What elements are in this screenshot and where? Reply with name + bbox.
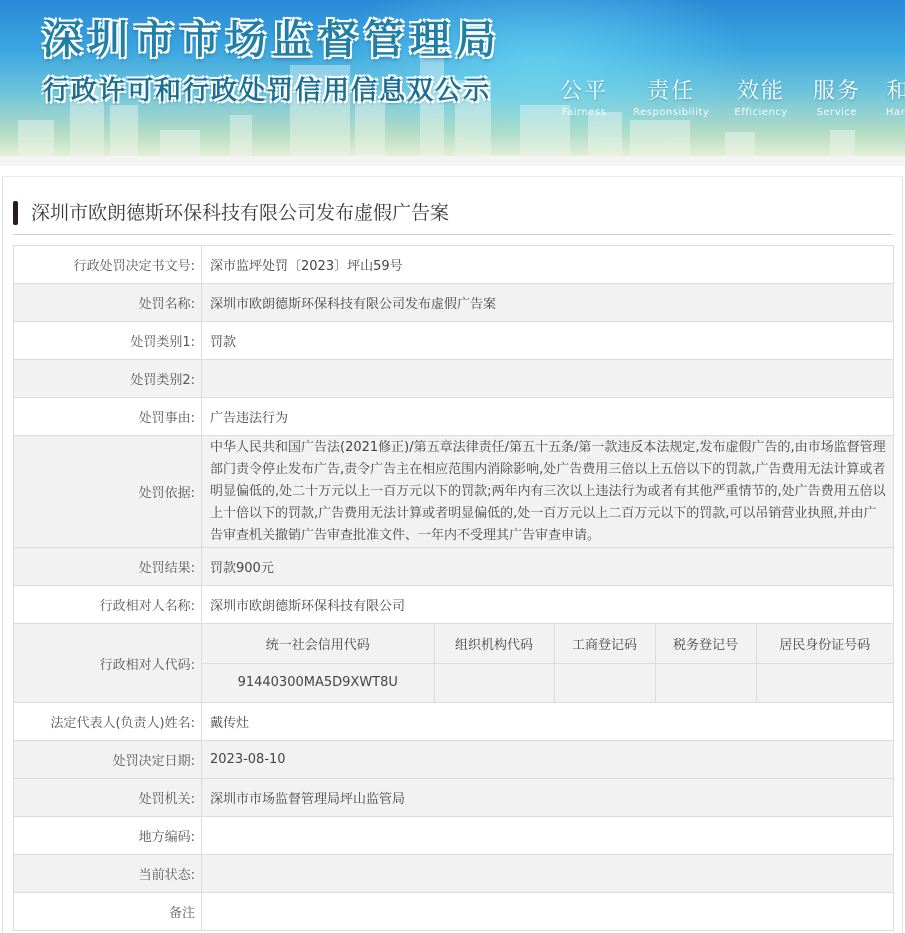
- code-header-id: 居民身份证号码: [756, 624, 893, 663]
- slogan-cn: 效能: [734, 74, 787, 105]
- slogan-en: Harmony: [886, 107, 905, 118]
- field-value: 中华人民共和国广告法(2021修正)/第五章法律责任/第五十五条/第一款违反本法…: [202, 436, 894, 548]
- slogan-cn: 公平: [560, 74, 608, 105]
- field-value: 深圳市市场监督管理局坪山监管局: [202, 779, 894, 817]
- table-row-local-code: 地方编码:: [14, 817, 894, 855]
- slogan-harmony: 和谐 Harmony: [886, 74, 905, 118]
- field-label: 当前状态:: [14, 855, 202, 893]
- code-value-credit: 91440300MA5D9XWT8U: [202, 663, 434, 702]
- field-value: 罚款900元: [202, 548, 894, 586]
- field-label: 处罚机关:: [14, 779, 202, 817]
- table-row-penalty-name: 处罚名称: 深圳市欧朗德斯环保科技有限公司发布虚假广告案: [14, 284, 894, 322]
- field-label: 地方编码:: [14, 817, 202, 855]
- field-value: 统一社会信用代码 组织机构代码 工商登记码 税务登记号 居民身份证号码 9144…: [202, 624, 894, 703]
- field-value: 广告违法行为: [202, 398, 894, 436]
- title-marker-bar: [13, 201, 18, 225]
- table-row-party-name: 行政相对人名称: 深圳市欧朗德斯环保科技有限公司: [14, 586, 894, 624]
- table-row-reason: 处罚事由: 广告违法行为: [14, 398, 894, 436]
- code-value-business: [554, 663, 655, 702]
- slogan-efficiency: 效能 Efficiency: [734, 74, 787, 118]
- slogan-fairness: 公平 Fairness: [560, 74, 608, 118]
- table-row-result: 处罚结果: 罚款900元: [14, 548, 894, 586]
- field-label: 备注: [14, 893, 202, 931]
- table-row-authority: 处罚机关: 深圳市市场监督管理局坪山监管局: [14, 779, 894, 817]
- field-label: 行政相对人名称:: [14, 586, 202, 624]
- slogan-en: Efficiency: [734, 107, 787, 118]
- field-label: 处罚类别1:: [14, 322, 202, 360]
- slogan-responsibility: 责任 Responsibility: [633, 74, 709, 118]
- field-value: [202, 817, 894, 855]
- code-header-tax: 税务登记号: [655, 624, 756, 663]
- table-row-status: 当前状态:: [14, 855, 894, 893]
- table-row-decision-no: 行政处罚决定书文号: 深市监坪处罚〔2023〕坪山59号: [14, 246, 894, 284]
- field-label: 处罚名称:: [14, 284, 202, 322]
- field-value: 戴传灶: [202, 703, 894, 741]
- table-row-category2: 处罚类别2:: [14, 360, 894, 398]
- codes-value-row: 91440300MA5D9XWT8U: [202, 663, 893, 702]
- site-subtitle: 行政许可和行政处罚信用信息双公示: [43, 70, 491, 107]
- code-value-id: [756, 663, 893, 702]
- slogan-cn: 和谐: [886, 74, 905, 105]
- slogan-service: 服务 Service: [813, 74, 861, 118]
- field-label: 法定代表人(负责人)姓名:: [14, 703, 202, 741]
- code-value-org: [434, 663, 554, 702]
- slogan-cn: 服务: [813, 74, 861, 105]
- code-header-business: 工商登记码: [554, 624, 655, 663]
- field-label: 处罚依据:: [14, 436, 202, 548]
- banner-bottom-band: [0, 156, 905, 166]
- table-row-legal-rep: 法定代表人(负责人)姓名: 戴传灶: [14, 703, 894, 741]
- table-row-basis: 处罚依据: 中华人民共和国广告法(2021修正)/第五章法律责任/第五十五条/第…: [14, 436, 894, 548]
- codes-header-row: 统一社会信用代码 组织机构代码 工商登记码 税务登记号 居民身份证号码: [202, 624, 893, 663]
- field-label: 处罚事由:: [14, 398, 202, 436]
- field-value: [202, 855, 894, 893]
- field-label: 处罚结果:: [14, 548, 202, 586]
- field-label: 行政处罚决定书文号:: [14, 246, 202, 284]
- party-codes-table: 统一社会信用代码 组织机构代码 工商登记码 税务登记号 居民身份证号码 9144…: [202, 624, 893, 702]
- table-row-category1: 处罚类别1: 罚款: [14, 322, 894, 360]
- slogan-en: Responsibility: [633, 107, 709, 118]
- table-row-party-codes: 行政相对人代码: 统一社会信用代码 组织机构代码 工商登记码 税务登记号 居民身…: [14, 624, 894, 703]
- slogan-en: Fairness: [560, 107, 608, 118]
- slogan-cn: 责任: [633, 74, 709, 105]
- field-value: 深圳市欧朗德斯环保科技有限公司: [202, 586, 894, 624]
- table-row-remarks: 备注: [14, 893, 894, 931]
- site-title: 深圳市市场监督管理局: [42, 8, 502, 65]
- field-label: 处罚类别2:: [14, 360, 202, 398]
- code-header-credit: 统一社会信用代码: [202, 624, 434, 663]
- table-row-decision-date: 处罚决定日期: 2023-08-10: [14, 741, 894, 779]
- field-value: 罚款: [202, 322, 894, 360]
- field-label: 行政相对人代码:: [14, 624, 202, 703]
- field-value: 深圳市欧朗德斯环保科技有限公司发布虚假广告案: [202, 284, 894, 322]
- slogan-en: Service: [813, 107, 861, 118]
- page-title: 深圳市欧朗德斯环保科技有限公司发布虚假广告案: [31, 198, 449, 225]
- field-value: 2023-08-10: [202, 741, 894, 779]
- page-title-bar: 深圳市欧朗德斯环保科技有限公司发布虚假广告案: [13, 197, 893, 235]
- field-value: [202, 893, 894, 931]
- penalty-info-table: 行政处罚决定书文号: 深市监坪处罚〔2023〕坪山59号 处罚名称: 深圳市欧朗…: [13, 245, 894, 931]
- code-value-tax: [655, 663, 756, 702]
- content-panel: 深圳市欧朗德斯环保科技有限公司发布虚假广告案 行政处罚决定书文号: 深市监坪处罚…: [2, 176, 903, 933]
- field-label: 处罚决定日期:: [14, 741, 202, 779]
- header-banner: 深圳市市场监督管理局 行政许可和行政处罚信用信息双公示 公平 Fairness …: [0, 0, 905, 166]
- slogans: 公平 Fairness 责任 Responsibility 效能 Efficie…: [560, 74, 905, 118]
- code-header-org: 组织机构代码: [434, 624, 554, 663]
- field-value: 深市监坪处罚〔2023〕坪山59号: [202, 246, 894, 284]
- field-value: [202, 360, 894, 398]
